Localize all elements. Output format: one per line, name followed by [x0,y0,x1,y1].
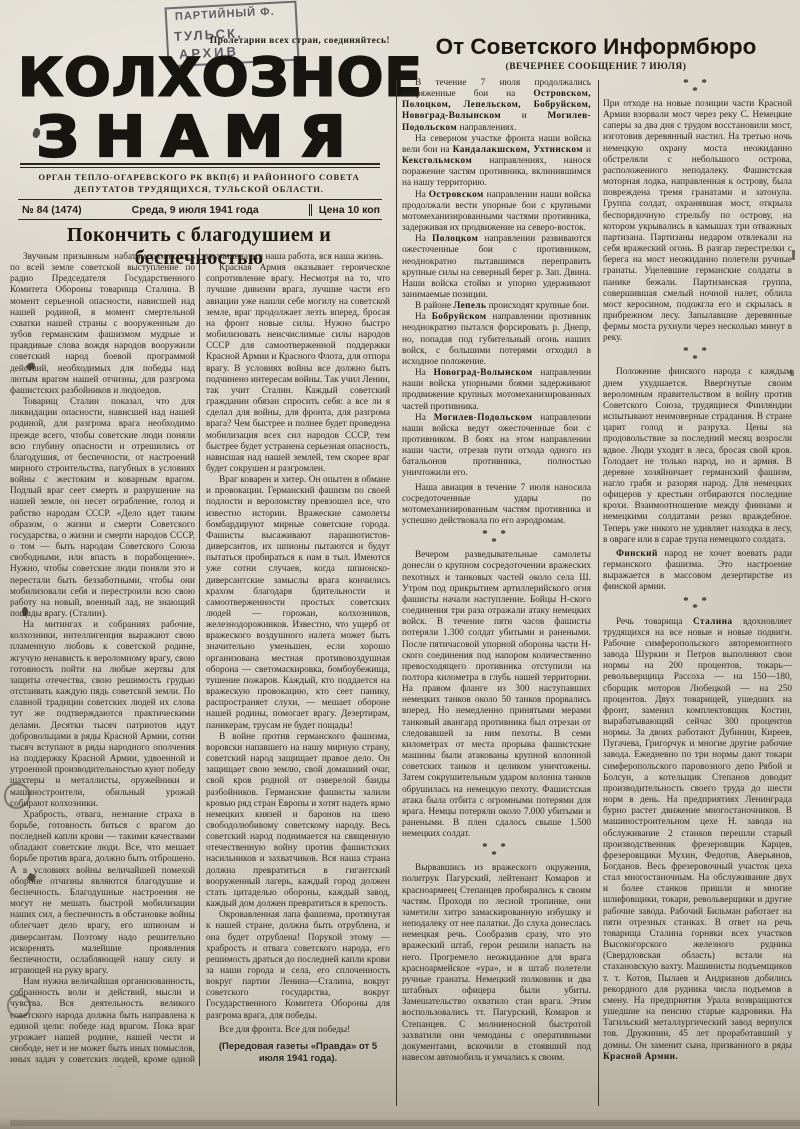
editorial-column-2: подчинена вся наша работа, вся наша жизн… [206,252,390,1067]
paragraph: Финский народ не хочет воевать ради герм… [603,549,792,594]
section-separator: * * * [603,348,792,363]
paragraph: В районе Лепель происходят крупные бои. [402,301,591,312]
paragraph: На Могилев-Подольском направлении наши в… [402,413,591,480]
organ-line-2: ДЕПУТАТОВ ТРУДЯЩИХСЯ, ТУЛЬСКОЙ ОБЛАСТИ. [20,183,378,195]
paragraph: На Островском направлении наши войска пр… [402,190,591,235]
paragraph: Окровавленная лапа фашизма, протянутая к… [206,910,390,1022]
paragraph: (Передовая газеты «Правда» от 5 июля 194… [206,1041,390,1065]
paragraph: На Бобруйском направлении противник неод… [402,312,591,368]
sovinform-headline: От Советского Информбюро [400,34,792,60]
editorial-column-1: Звучным призывным набатом разнеслось по … [10,252,195,1067]
issue-number: № 84 (1474) [22,204,82,216]
paragraph: Звучным призывным набатом разнеслось по … [10,252,195,397]
newspaper-title: КОЛХОЗНОЕ ЗНАМЯ [18,50,380,167]
party-slogan: Пролетарии всех стран, соединяйтесь! [185,36,390,46]
paragraph: Враг коварен и хитер. Он опытен в обмане… [206,475,390,732]
issue-price: Цена 10 коп [309,204,380,216]
paragraph: На Полоцком направлении развиваются ожес… [402,234,591,301]
masthead-rule [20,163,380,165]
sovinform-subtitle: (ВЕЧЕРНЕЕ СООБЩЕНИЕ 7 ИЮЛЯ) [400,62,792,72]
page-bottom-shadow [0,1117,800,1129]
paragraph: Положение финского народа с каждым днем … [603,367,792,546]
title-line-1: КОЛХОЗНОЕ [18,51,380,104]
paragraph: Нам нужна величайшая организованность, с… [10,977,195,1067]
paragraph: Вечером разведывательные самолеты донесл… [402,550,591,840]
paragraph: Товарищ Сталин показал, что для ликвидац… [10,397,195,620]
paragraph: В войне против германского фашизма, воро… [206,732,390,911]
stamp-line: ПАРТИЙНЫЙ Ф. [175,6,275,23]
paragraph: При отходе на новые позиции части Красно… [603,99,792,344]
paragraph: Все для фронта. Все для победы! [206,1025,390,1036]
issue-date: Среда, 9 июля 1941 года [82,204,309,216]
section-separator: * * * [603,598,792,613]
paragraph: Красная Армия оказывает героическое сопр… [206,263,390,475]
paragraph: Храбрость, отвага, незнание страха в бор… [10,810,195,977]
paragraph: Вырвавшись из вражеского окружения, поли… [402,863,591,1064]
scan-artifact [792,250,795,260]
paragraph: На северном участке фронта наши войска в… [402,134,591,190]
sovinform-column-divider [598,80,599,1106]
paragraph: Наша авиация в течение 7 июля наносила с… [402,483,591,528]
paragraph: На митингах и собраниях рабочие, колхозн… [10,620,195,810]
paragraph: На Новоград-Волынском направлении наши в… [402,368,591,413]
paragraph: Речь товарища Сталина вдохновляет трудящ… [603,617,792,1063]
editorial-column-divider [199,248,200,1066]
organ-line-1: ОРГАН ТЕПЛО-ОГАРЕВСКОГО РК ВКП(б) И РАЙО… [20,171,378,183]
section-separator: * * * [603,80,792,95]
issue-info-bar: № 84 (1474) Среда, 9 июля 1941 года Цена… [18,199,382,220]
newspaper-page: ПАРТИЙНЫЙ Ф. ТУЛЬСК. АРХИВ Пролетарии вс… [0,0,800,1129]
sovinform-column-1: В течение 7 июля продолжались напряженны… [402,78,591,1098]
section-separator: * * * [402,844,591,859]
masthead-rule-thin [20,167,380,168]
paragraph: подчинена вся наша работа, вся наша жизн… [206,252,390,263]
sovinform-column-2: * * *При отходе на новые позиции части К… [603,76,792,1106]
organ-line: ОРГАН ТЕПЛО-ОГАРЕВСКОГО РК ВКП(б) И РАЙО… [20,171,378,195]
paragraph: В течение 7 июля продолжались напряженны… [402,78,591,134]
section-separator: * * * [402,531,591,546]
title-line-2: ЗНАМЯ [18,109,380,165]
page-center-divider [396,80,397,1106]
